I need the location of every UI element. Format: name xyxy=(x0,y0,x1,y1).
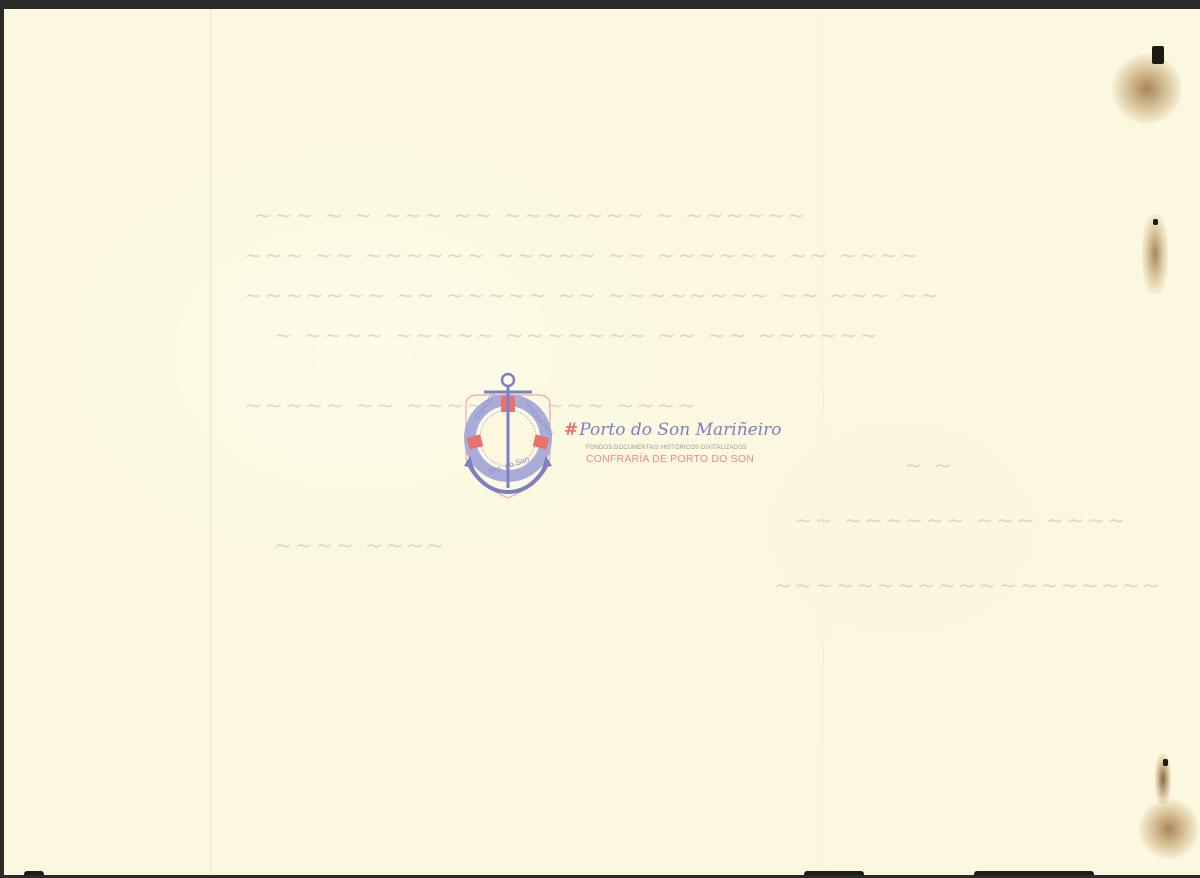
bleed-through-ink: ~~~~ ~~~~ xyxy=(274,534,446,559)
bleed-through-ink: ~~~~~~~ ~~ ~~~~~ ~~ ~~~~~~~~ ~~ ~~~ ~~ xyxy=(244,284,940,309)
bleed-through-ink: ~~~ ~~ ~~~~~~ ~~~~~ ~~ ~~~~~~ ~~ ~~~~ xyxy=(244,244,920,269)
paper-fold xyxy=(209,9,212,875)
watermark-subtitle: FONDOS DOCUMENTAIS HISTÓRICOS DIXITALIZA… xyxy=(586,445,747,451)
anchor-lifebuoy-emblem-icon: COFRADÍA PESCADORES Pto. do Son xyxy=(458,370,558,505)
staple-hole xyxy=(1163,759,1168,766)
bleed-through-ink: ~~ ~~~~~~ ~~~ ~~~~ xyxy=(794,509,1127,534)
bleed-through-ink: ~~~~~~~~~~~~~~~~~~~ xyxy=(774,574,1162,599)
bleed-through-ink: ~ ~~~~ ~~~~~ ~~~~~~~ ~~ ~~ ~~~~~~ xyxy=(274,324,880,349)
rust-stain xyxy=(1112,54,1182,124)
rust-stain xyxy=(1142,214,1168,294)
watermark-brand: #Porto do Son Mariñeiro xyxy=(564,420,782,440)
bleed-through-ink: ~~~ ~ ~ ~~~ ~~ ~~~~~~~ ~ ~~~~~~ xyxy=(254,204,807,229)
watermark-organization: CONFRARÍA DE PORTO DO SON xyxy=(586,453,754,465)
staple-hole xyxy=(1152,46,1164,64)
rust-stain xyxy=(1139,799,1199,859)
watermark: COFRADÍA PESCADORES Pto. do Son #Porto d… xyxy=(458,370,758,505)
bleed-through-ink: ~ ~ xyxy=(904,454,954,479)
hashtag-icon: # xyxy=(564,420,578,440)
staple-hole xyxy=(1153,219,1158,225)
scan-border xyxy=(4,871,1200,875)
paper-fold xyxy=(822,9,825,875)
